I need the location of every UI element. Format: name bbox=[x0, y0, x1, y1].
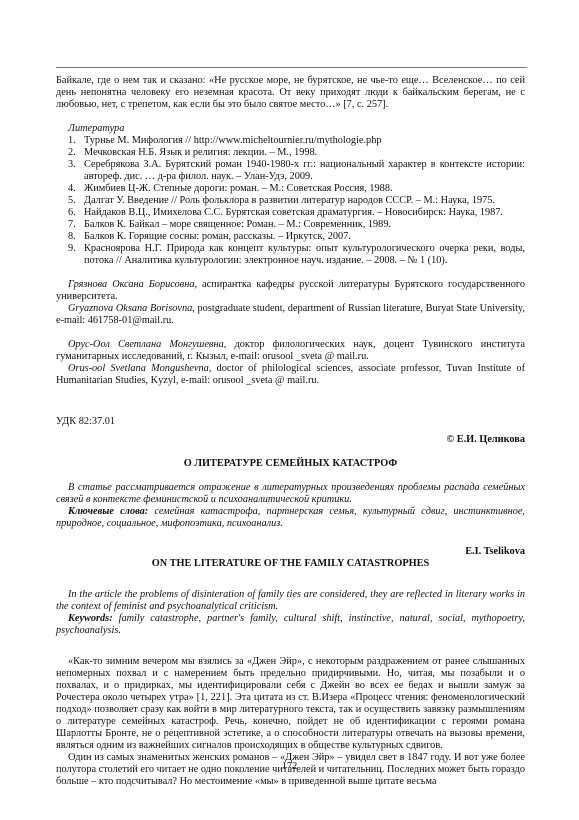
reference-text: Красноярова Н.Г. Природа как концепт кул… bbox=[84, 243, 525, 267]
keywords-text-en: family catastrophe, partner's family, cu… bbox=[56, 613, 525, 636]
reference-text: Найдаков В.Ц., Имихелова С.С. Бурятская … bbox=[84, 207, 525, 219]
reference-number: 7. bbox=[68, 219, 84, 231]
article-title-en: ON THE LITERATURE OF THE FAMILY CATASTRO… bbox=[56, 558, 525, 570]
keywords-en: Keywords: family catastrophe, partner's … bbox=[56, 613, 525, 637]
author-info-block-2: Орус-Оол Светлана Монгушевна, доктор фил… bbox=[56, 339, 525, 387]
author-info: Орус-Оол Светлана Монгушевна, доктор фил… bbox=[56, 339, 525, 363]
reference-item: 1.Турнье М. Мифология // http://www.mich… bbox=[68, 135, 525, 147]
header-rule bbox=[56, 67, 527, 68]
literature-heading: Литература bbox=[56, 123, 525, 135]
reference-number: 9. bbox=[68, 243, 84, 267]
reference-item: 8.Балков К. Горящие сосны: роман, расска… bbox=[68, 231, 525, 243]
reference-number: 3. bbox=[68, 159, 84, 183]
keywords-label-en: Keywords: bbox=[68, 613, 113, 624]
continuation-paragraph: Байкале, где о нем так и сказано: «Не ру… bbox=[56, 75, 525, 111]
reference-number: 2. bbox=[68, 147, 84, 159]
reference-item: 6.Найдаков В.Ц., Имихелова С.С. Бурятска… bbox=[68, 207, 525, 219]
reference-item: 4.Жимбиев Ц-Ж. Степные дороги: роман. – … bbox=[68, 183, 525, 195]
reference-text: Далгат У. Введение // Роль фольклора в р… bbox=[84, 195, 525, 207]
abstract-en: In the article the problems of disintera… bbox=[56, 589, 525, 637]
abstract-text-en: In the article the problems of disintera… bbox=[56, 589, 525, 613]
reference-item: 2.Мечковская Н.Б. Язык и религия: лекции… bbox=[68, 147, 525, 159]
author-name: Грязнова Оксана Борисовна bbox=[68, 279, 194, 290]
copyright-author: © Е.И. Целикова bbox=[56, 434, 525, 446]
reference-text: Серебрякова З.А. Бурятский роман 1940-19… bbox=[84, 159, 525, 183]
article-title-ru: О ЛИТЕРАТУРЕ СЕМЕЙНЫХ КАТАСТРОФ bbox=[56, 458, 525, 470]
author-info: Грязнова Оксана Борисовна, аспирантка ка… bbox=[56, 279, 525, 303]
author-name: Орус-Оол Светлана Монгушевна bbox=[68, 339, 224, 350]
reference-number: 4. bbox=[68, 183, 84, 195]
reference-text: Жимбиев Ц-Ж. Степные дороги: роман. – М.… bbox=[84, 183, 525, 195]
keywords-ru: Ключевые слова: семейная катастрофа, пар… bbox=[56, 506, 525, 530]
reference-item: 3.Серебрякова З.А. Бурятский роман 1940-… bbox=[68, 159, 525, 183]
page-content: Байкале, где о нем так и сказано: «Не ру… bbox=[56, 75, 525, 788]
author-info: Gryaznova Oksana Borisovna, postgraduate… bbox=[56, 303, 525, 327]
reference-number: 1. bbox=[68, 135, 84, 147]
abstract-text-ru: В статье рассматривается отражение в лит… bbox=[56, 482, 525, 506]
reference-text: Мечковская Н.Б. Язык и религия: лекции. … bbox=[84, 147, 525, 159]
author-name: Orus-ool Svetlana Mongushevna bbox=[68, 363, 209, 374]
reference-number: 8. bbox=[68, 231, 84, 243]
author-name: Gryaznova Oksana Borisovna bbox=[68, 303, 192, 314]
reference-text: Балков К. Байкал – море священное: Роман… bbox=[84, 219, 525, 231]
reference-item: 7.Балков К. Байкал – море священное: Ром… bbox=[68, 219, 525, 231]
author-en: E.I. Tselikova bbox=[56, 546, 525, 558]
page-number: 172 bbox=[0, 761, 579, 773]
reference-item: 5.Далгат У. Введение // Роль фольклора в… bbox=[68, 195, 525, 207]
abstract-ru: В статье рассматривается отражение в лит… bbox=[56, 482, 525, 530]
reference-text: Турнье М. Мифология // http://www.michel… bbox=[84, 135, 525, 147]
body-paragraph: «Как-то зимним вечером мы взялись за «Дж… bbox=[56, 656, 525, 752]
author-info-block-1: Грязнова Оксана Борисовна, аспирантка ка… bbox=[56, 279, 525, 327]
reference-item: 9.Красноярова Н.Г. Природа как концепт к… bbox=[68, 243, 525, 267]
reference-list: 1.Турнье М. Мифология // http://www.mich… bbox=[56, 135, 525, 267]
author-info: Orus-ool Svetlana Mongushevna, doctor of… bbox=[56, 363, 525, 387]
reference-number: 6. bbox=[68, 207, 84, 219]
reference-text: Балков К. Горящие сосны: роман, рассказы… bbox=[84, 231, 525, 243]
udk-code: УДК 82:37.01 bbox=[56, 416, 525, 428]
reference-number: 5. bbox=[68, 195, 84, 207]
keywords-label-ru: Ключевые слова: bbox=[68, 506, 148, 517]
